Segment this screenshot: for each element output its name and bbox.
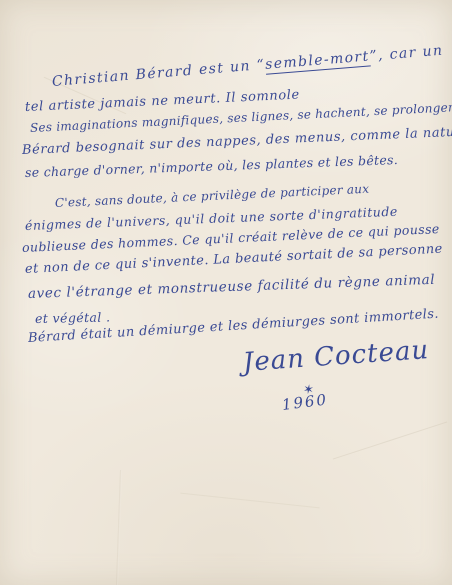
handwritten-line-11: et végétal . [35, 309, 111, 326]
line1-suffix: ”, car un [369, 43, 444, 65]
paper-crease [333, 421, 447, 459]
paper-crease [116, 470, 122, 585]
handwritten-line-5: se charge d'orner, n'importe où, les pla… [25, 152, 399, 180]
letter-page: Christian Bérard est un “semble-mort”, c… [0, 0, 452, 585]
paper-crease [180, 493, 319, 509]
handwritten-line-10: avec l'étrange et monstrueuse facilité d… [28, 272, 436, 302]
handwritten-line-1: Christian Bérard est un “semble-mort”, c… [51, 43, 444, 90]
underlined-phrase: semble-mort [265, 48, 371, 74]
signature-year: 1960 [281, 390, 329, 413]
signature: Jean Cocteau [242, 335, 430, 378]
line1-prefix: Christian Bérard est un “ [51, 57, 266, 90]
